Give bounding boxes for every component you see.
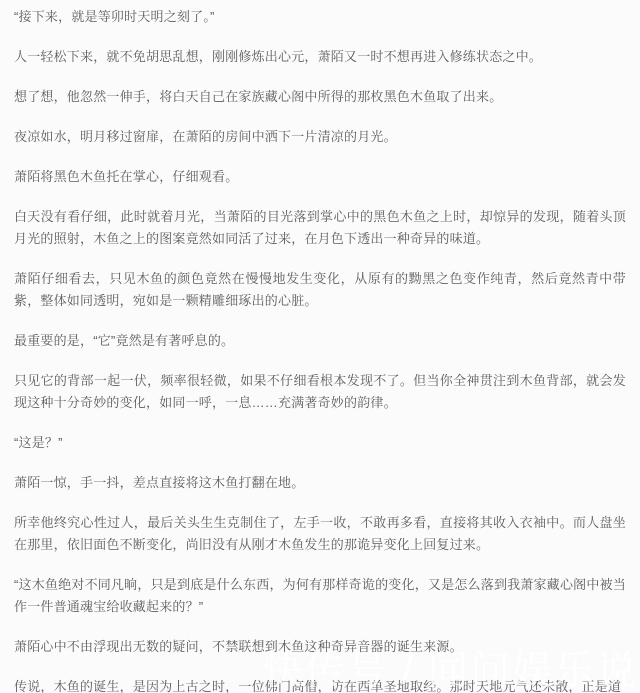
paragraph: 夜凉如水，明月移过窗扉，在萧陌的房间中洒下一片清凉的月光。 [14,126,626,148]
paragraph: 只见它的背部一起一伏，频率很轻微，如果不仔细看根本发现不了。但当你全神贯注到木鱼… [14,370,626,414]
novel-text-body: “接下来，就是等卯时天明之刻了。”人一轻松下来，就不免胡思乱想，刚刚修炼出心元，… [14,6,626,693]
paragraph: 最重要的是，“它”竟然是有著呼息的。 [14,330,626,352]
paragraph: 萧陌一惊，手一抖，差点直接将这木鱼打翻在地。 [14,472,626,494]
paragraph: “这木鱼绝对不同凡晌，只是到底是什么东西，为何有那样奇诡的变化，又是怎么落到我萧… [14,574,626,618]
paragraph: 传说，木鱼的诞生，是因为上古之时，一位佛门高僧，访在西单圣地取经。那时天地元气还… [14,676,626,693]
paragraph: 萧陌仔细看去，只见木鱼的颜色竟然在慢慢地发生变化，从原有的黝黑之色变作纯青，然后… [14,268,626,312]
paragraph: 人一轻松下来，就不免胡思乱想，刚刚修炼出心元，萧陌又一时不想再进入修练状态之中。 [14,46,626,68]
paragraph: 所幸他终究心性过人，最后关头生生克制住了，左手一收，不敢再多看，直接将其收入衣袖… [14,512,626,556]
paragraph: “接下来，就是等卯时天明之刻了。” [14,6,626,28]
paragraph: 萧陌将黑色木鱼托在掌心，仔细观看。 [14,166,626,188]
paragraph: 萧陌心中不由浮现出无数的疑问，不禁联想到木鱼这种奇异音器的诞生来源。 [14,636,626,658]
paragraph: “这是？” [14,432,626,454]
paragraph: 白天没有看仔细，此时就着月光，当萧陌的目光落到掌心中的黑色木鱼之上时，却惊异的发… [14,206,626,250]
novel-article-page: “接下来，就是等卯时天明之刻了。”人一轻松下来，就不免胡思乱想，刚刚修炼出心元，… [0,0,640,693]
paragraph: 想了想，他忽然一伸手，将白天自己在家族藏心阁中所得的那枚黑色木鱼取了出来。 [14,86,626,108]
